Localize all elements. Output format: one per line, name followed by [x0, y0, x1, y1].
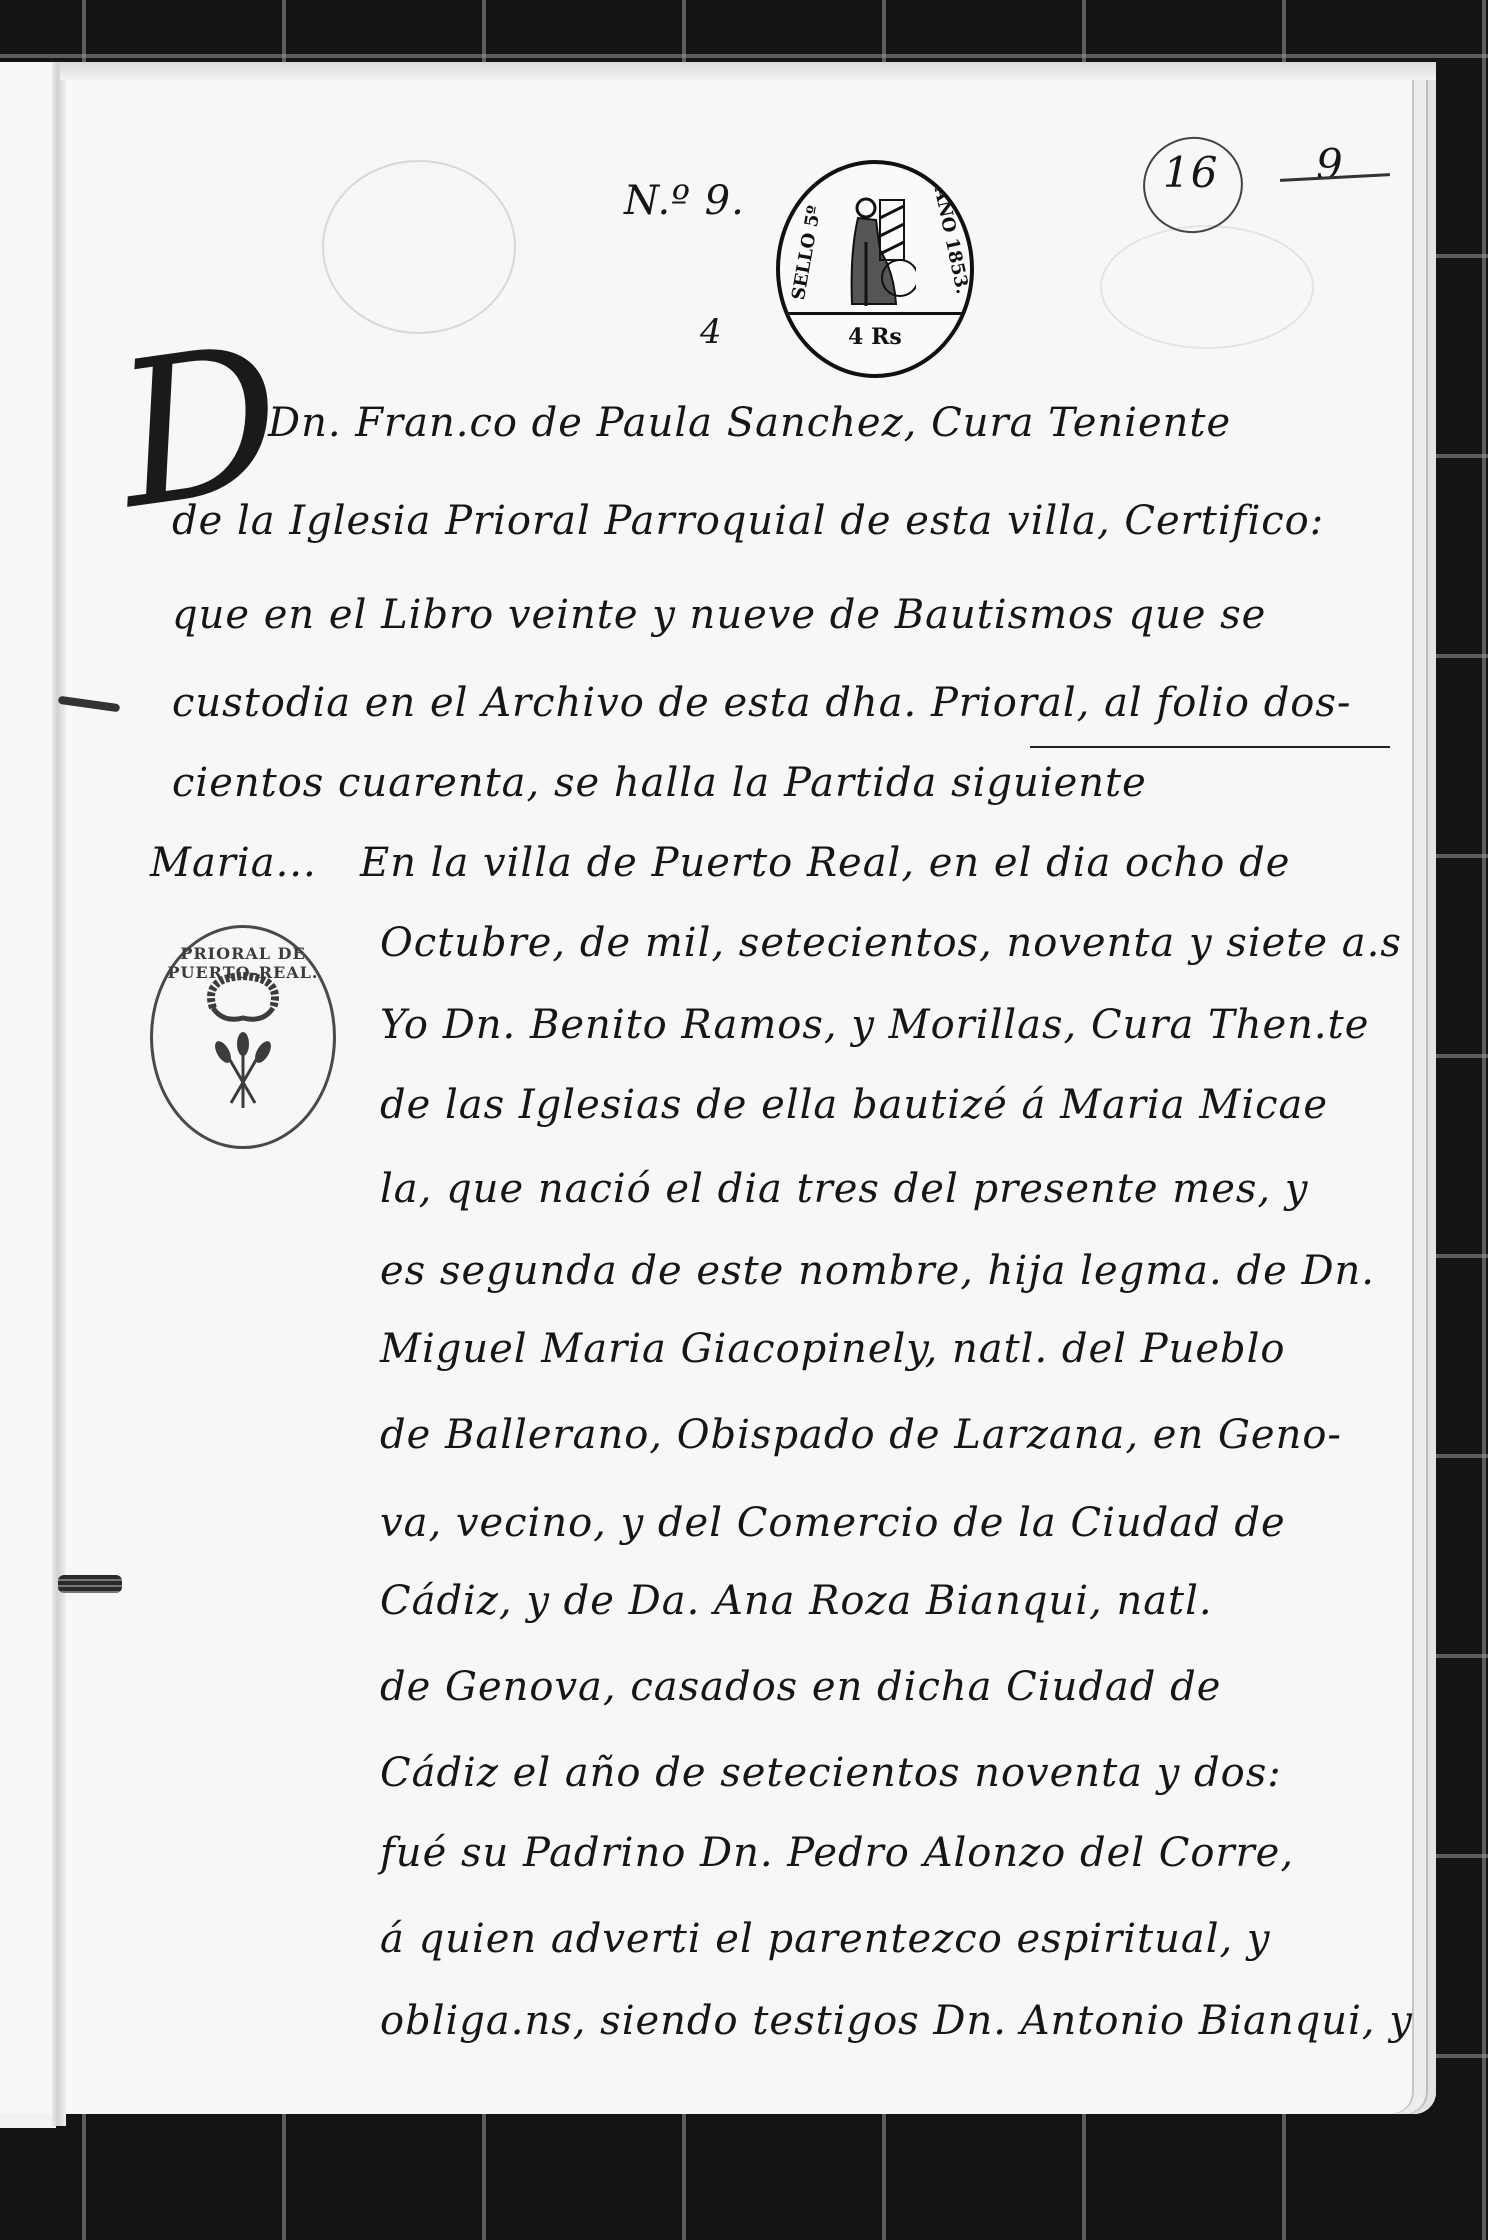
- margin-name: Maria...: [150, 840, 317, 886]
- stamp-divider: [780, 312, 970, 315]
- text-line-4: custodia en el Archivo de esta dha. Prio…: [172, 680, 1351, 726]
- binding-stitch-icon: [58, 1575, 122, 1593]
- line-rule: [1030, 746, 1390, 748]
- text-line-11: es segunda de este nombre, hija legma. d…: [380, 1248, 1375, 1294]
- margin-mark: 4: [700, 312, 723, 352]
- reference-number: N.º 9.: [624, 178, 745, 224]
- text-line-17: Cádiz el año de setecientos noventa y do…: [380, 1750, 1282, 1796]
- text-line-18: fué su Padrino Dn. Pedro Alonzo del Corr…: [380, 1830, 1294, 1876]
- text-line-19: á quien adverti el parentezco espiritual…: [380, 1916, 1271, 1962]
- parish-seal: PRIORAL DE PUERTO-REAL.: [150, 925, 336, 1149]
- text-line-9: de las Iglesias de ella bautizé á Maria …: [380, 1082, 1328, 1128]
- text-line-13: de Ballerano, Obispado de Larzana, en Ge…: [380, 1412, 1342, 1458]
- text-line-7: Octubre, de mil, setecientos, noventa y …: [380, 920, 1402, 966]
- wreath-wheat-icon: [193, 968, 293, 1118]
- stamp-left-text: SELLO 5º: [788, 204, 825, 302]
- stamp-value: 4 Rs: [780, 324, 970, 350]
- text-line-15: Cádiz, y de Da. Ana Roza Bianqui, natl.: [380, 1578, 1213, 1624]
- top-fold: [60, 62, 1436, 80]
- folio-new: 9: [1316, 140, 1344, 189]
- folio-old: 16: [1163, 148, 1218, 197]
- text-line-3: que en el Libro veinte y nueve de Bautis…: [172, 592, 1266, 638]
- text-line-10: la, que nació el dia tres del presente m…: [380, 1166, 1308, 1212]
- text-line-8: Yo Dn. Benito Ramos, y Morillas, Cura Th…: [380, 1002, 1369, 1048]
- text-line-12: Miguel Maria Giacopinely, natl. del Pueb…: [380, 1326, 1286, 1372]
- text-line-2: de la Iglesia Prioral Parroquial de esta…: [172, 498, 1324, 544]
- tax-stamp: SELLO 5º AÑO 1853. 4 Rs: [776, 160, 974, 378]
- page-edge: [0, 2114, 56, 2128]
- text-line-5: cientos cuarenta, se halla la Partida si…: [172, 760, 1147, 806]
- seated-figure-icon: [836, 192, 916, 310]
- text-line-14: va, vecino, y del Comercio de la Ciudad …: [380, 1500, 1286, 1546]
- text-line-16: de Genova, casados en dicha Ciudad de: [380, 1664, 1221, 1710]
- text-line-6: En la villa de Puerto Real, en el dia oc…: [360, 840, 1290, 886]
- binding-gutter: [52, 62, 66, 2126]
- text-line-20: obliga.ns, siendo testigos Dn. Antonio B…: [380, 1998, 1413, 2044]
- text-line-1: Dn. Fran.co de Paula Sanchez, Cura Tenie…: [268, 400, 1231, 446]
- bleed-through-seal: [322, 160, 516, 334]
- bleed-through-mark: [1100, 225, 1314, 349]
